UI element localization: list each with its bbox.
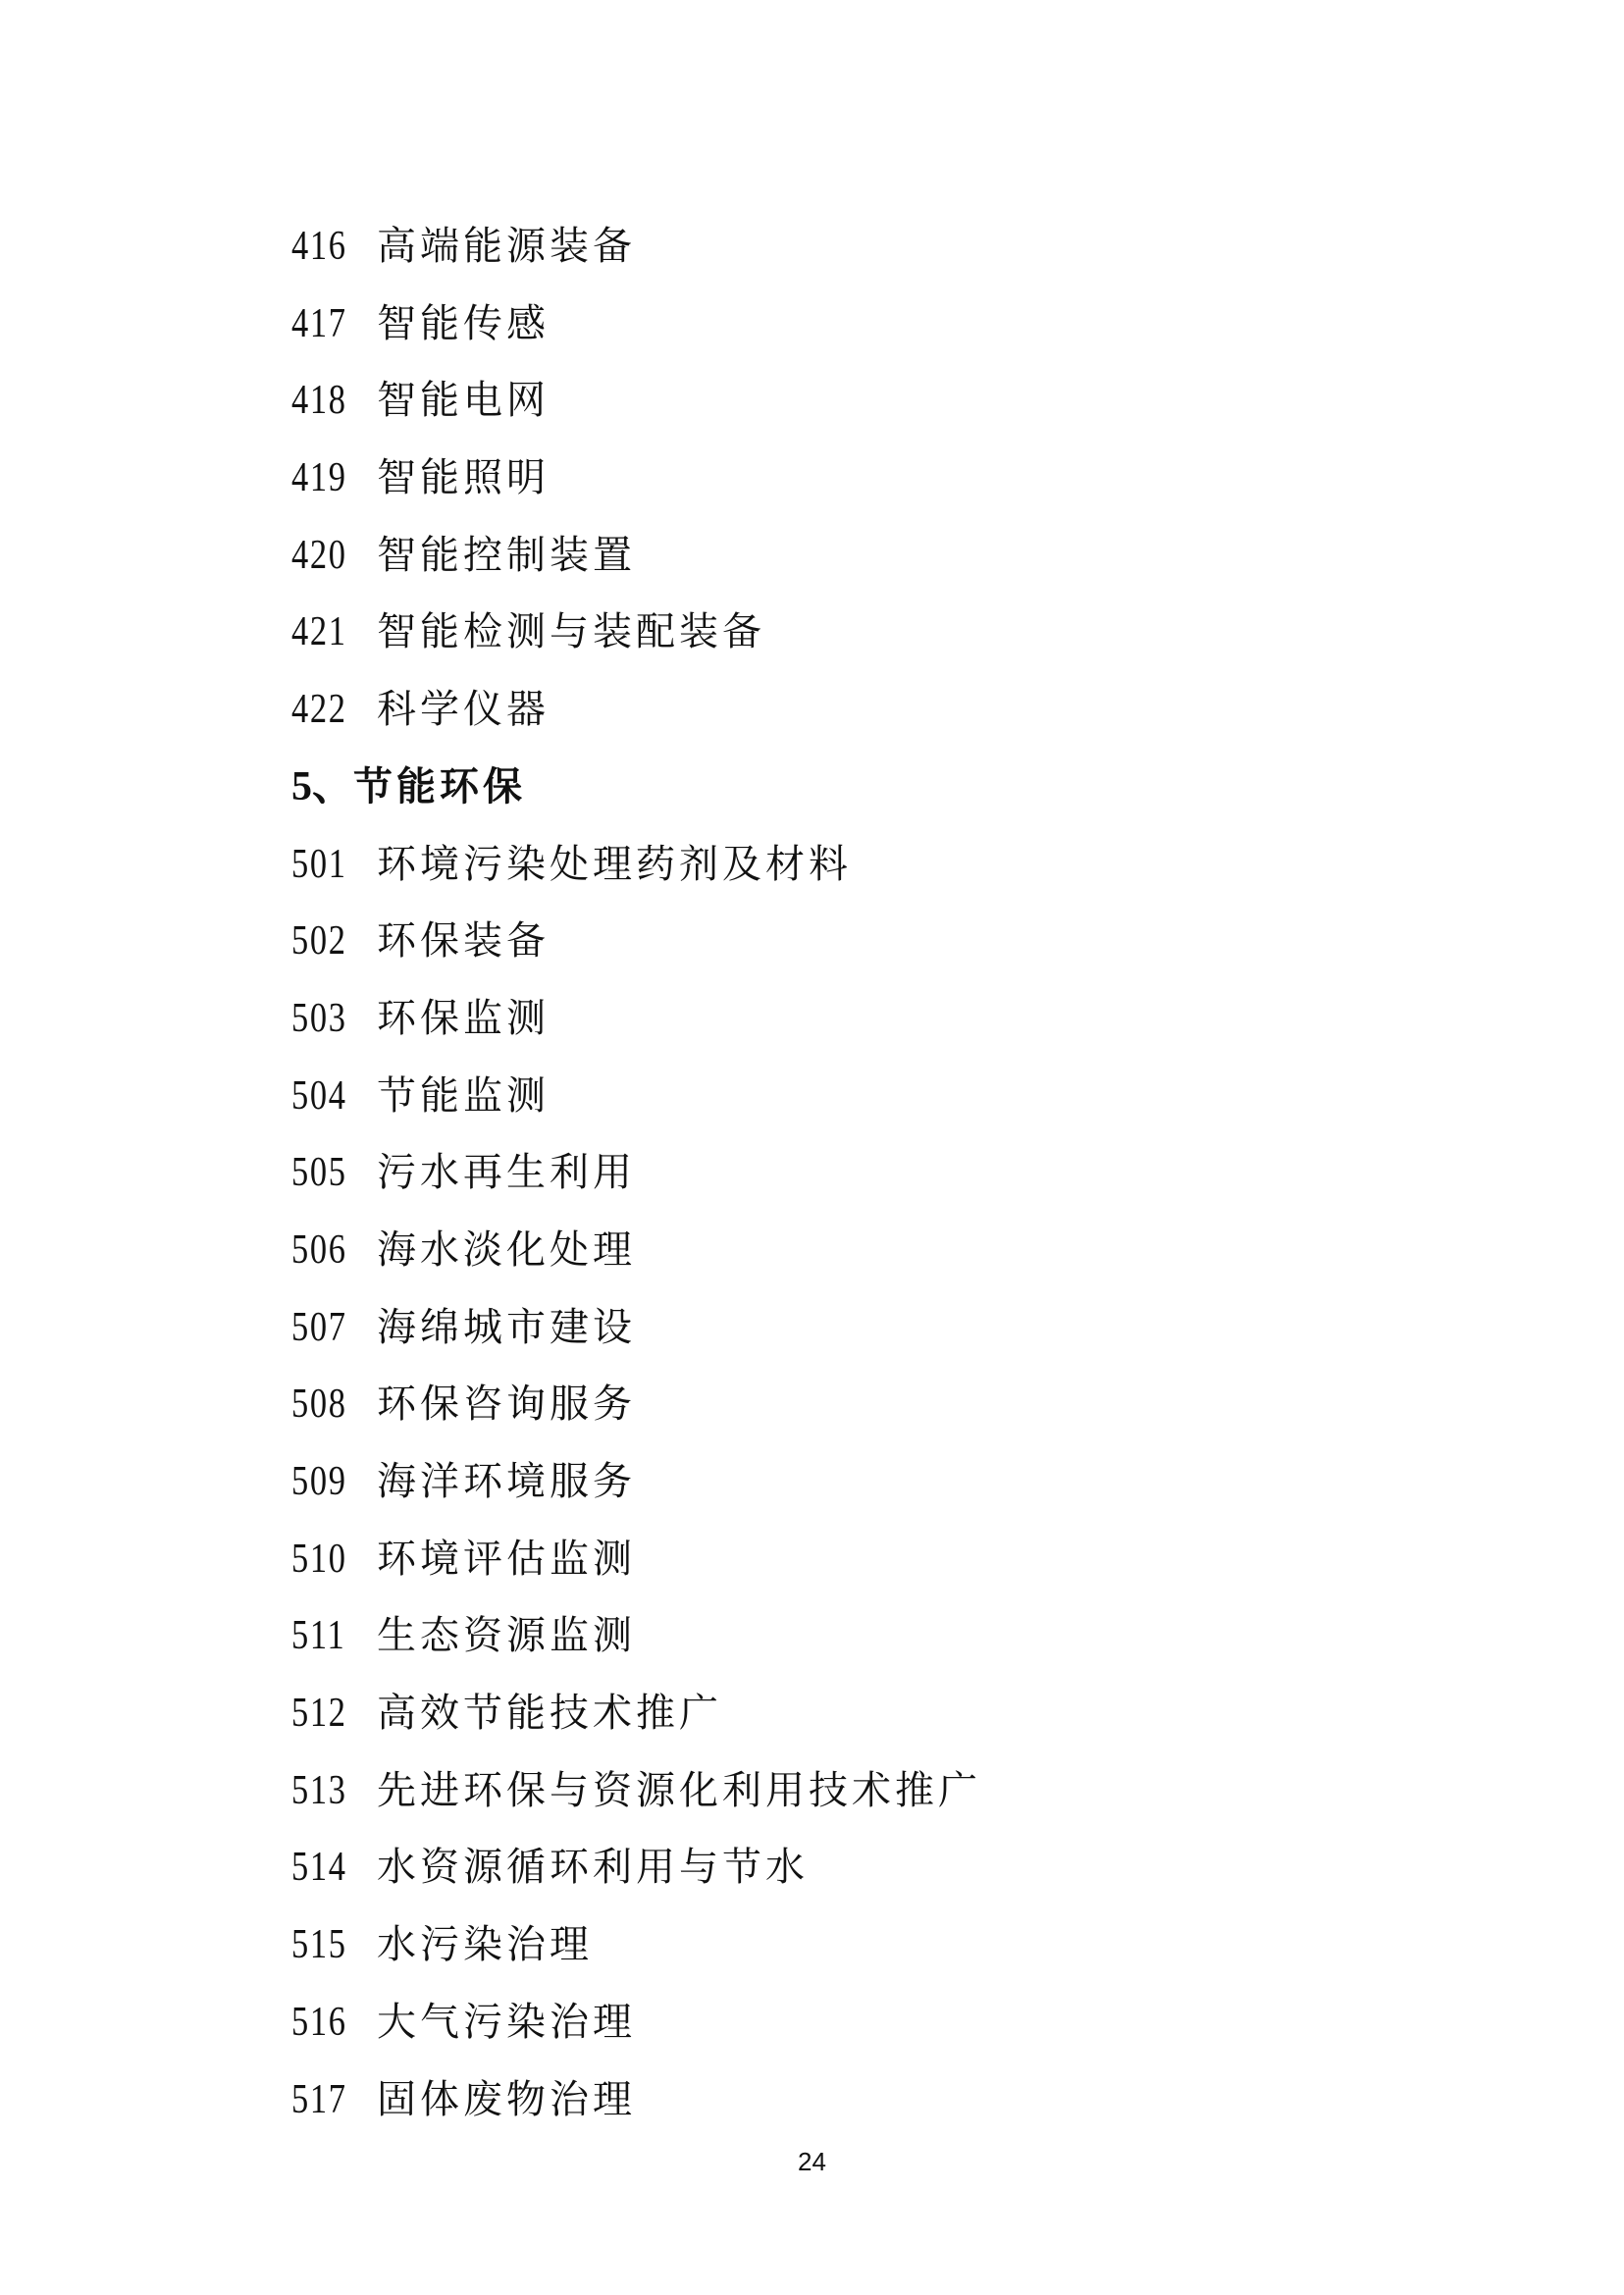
item-code: 510 <box>291 1521 361 1598</box>
item-code: 512 <box>291 1675 361 1752</box>
list-item: 418智能电网 <box>291 362 981 440</box>
list-item: 503环保监测 <box>291 980 981 1058</box>
list-item: 511生态资源监测 <box>291 1597 981 1675</box>
list-item: 421智能检测与装配装备 <box>291 594 981 671</box>
item-name: 环保装备 <box>377 918 550 964</box>
section-heading: 5、节能环保 <box>291 749 981 826</box>
item-code: 501 <box>291 826 361 904</box>
item-code: 418 <box>291 362 361 440</box>
item-name: 智能传感 <box>377 301 550 346</box>
item-name: 智能照明 <box>377 455 550 500</box>
list-item: 513先进环保与资源化利用技术推广 <box>291 1752 981 1830</box>
list-item: 505污水再生利用 <box>291 1134 981 1212</box>
list-item: 422科学仪器 <box>291 671 981 749</box>
item-code: 515 <box>291 1906 361 1984</box>
list-item: 510环境评估监测 <box>291 1521 981 1598</box>
item-name: 水污染治理 <box>377 1922 593 1967</box>
list-item: 512高效节能技术推广 <box>291 1675 981 1752</box>
item-name: 环保监测 <box>377 996 550 1041</box>
list-item: 506海水淡化处理 <box>291 1212 981 1289</box>
item-name: 高效节能技术推广 <box>377 1691 722 1736</box>
list-item: 502环保装备 <box>291 903 981 980</box>
section-number: 5、 <box>291 764 353 809</box>
item-code: 420 <box>291 517 361 595</box>
item-code: 506 <box>291 1212 361 1289</box>
item-name: 智能控制装置 <box>377 533 636 578</box>
list-item: 501环境污染处理药剂及材料 <box>291 826 981 904</box>
item-name: 环保咨询服务 <box>377 1382 636 1427</box>
item-code: 504 <box>291 1058 361 1135</box>
item-code: 514 <box>291 1829 361 1906</box>
list-item: 504节能监测 <box>291 1058 981 1135</box>
item-code: 505 <box>291 1134 361 1212</box>
item-code: 517 <box>291 2061 361 2139</box>
item-code: 503 <box>291 980 361 1058</box>
item-code: 417 <box>291 286 361 363</box>
section-title: 节能环保 <box>353 764 526 809</box>
item-name: 生态资源监测 <box>377 1613 636 1658</box>
item-name: 科学仪器 <box>377 687 550 732</box>
list-item: 515水污染治理 <box>291 1906 981 1984</box>
list-item: 516大气污染治理 <box>291 1984 981 2061</box>
item-name: 固体废物治理 <box>377 2077 636 2122</box>
list-item: 416高端能源装备 <box>291 208 981 286</box>
item-name: 海绵城市建设 <box>377 1305 636 1350</box>
item-code: 419 <box>291 440 361 517</box>
item-name: 污水再生利用 <box>377 1150 636 1195</box>
item-name: 节能监测 <box>377 1073 550 1119</box>
item-code: 421 <box>291 594 361 671</box>
list-item: 419智能照明 <box>291 440 981 517</box>
list-item: 507海绵城市建设 <box>291 1289 981 1367</box>
item-code: 513 <box>291 1752 361 1830</box>
document-page: 416高端能源装备 417智能传感 418智能电网 419智能照明 420智能控… <box>0 0 1624 2295</box>
item-name: 智能检测与装配装备 <box>377 609 765 654</box>
list-item: 517固体废物治理 <box>291 2061 981 2139</box>
category-list: 416高端能源装备 417智能传感 418智能电网 419智能照明 420智能控… <box>291 208 981 2138</box>
item-name: 智能电网 <box>377 378 550 423</box>
list-item: 509海洋环境服务 <box>291 1443 981 1521</box>
item-name: 海洋环境服务 <box>377 1459 636 1504</box>
list-item: 417智能传感 <box>291 286 981 363</box>
item-name: 大气污染治理 <box>377 2000 636 2045</box>
item-code: 416 <box>291 208 361 286</box>
list-item: 508环保咨询服务 <box>291 1366 981 1443</box>
list-item: 514水资源循环利用与节水 <box>291 1829 981 1906</box>
item-name: 先进环保与资源化利用技术推广 <box>377 1768 981 1813</box>
item-code: 508 <box>291 1366 361 1443</box>
item-name: 高端能源装备 <box>377 224 636 269</box>
item-code: 511 <box>291 1597 361 1675</box>
item-name: 水资源循环利用与节水 <box>377 1845 809 1890</box>
item-name: 环境污染处理药剂及材料 <box>377 842 852 887</box>
item-name: 环境评估监测 <box>377 1537 636 1582</box>
item-code: 502 <box>291 903 361 980</box>
item-code: 507 <box>291 1289 361 1367</box>
page-number: 24 <box>0 2147 1624 2177</box>
item-code: 516 <box>291 1984 361 2061</box>
list-item: 420智能控制装置 <box>291 517 981 595</box>
item-code: 509 <box>291 1443 361 1521</box>
item-code: 422 <box>291 671 361 749</box>
item-name: 海水淡化处理 <box>377 1227 636 1273</box>
